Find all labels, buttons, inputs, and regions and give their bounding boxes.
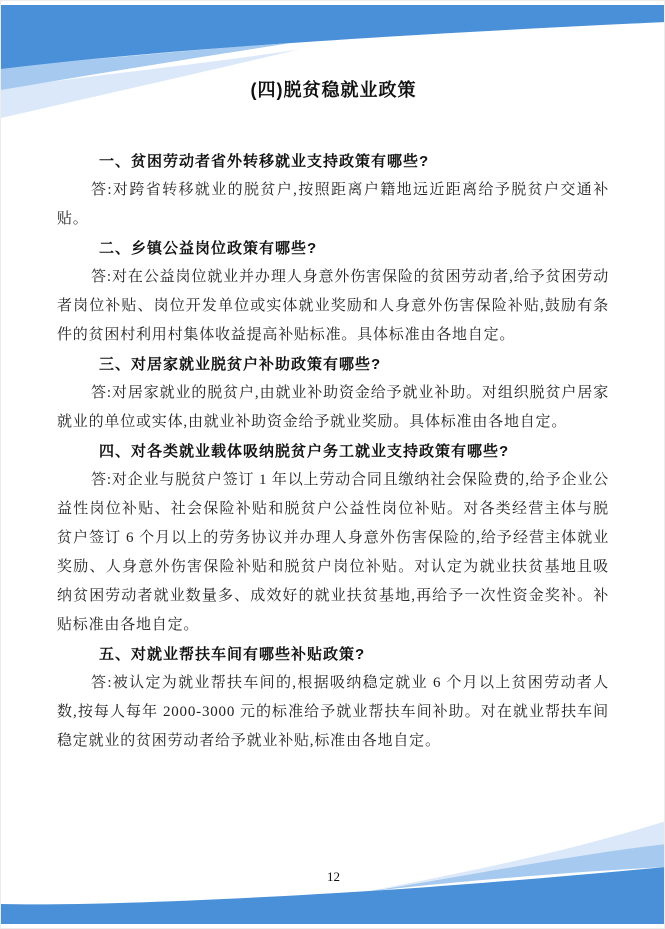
page-title: (四)脱贫稳就业政策 [1,76,665,102]
qa-section: 四、对各类就业载体吸纳脱贫户务工就业支持政策有哪些? 答:对企业与脱贫户签订 1… [57,437,609,640]
answer-paragraph: 答:对跨省转移就业的脱贫户,按照距离户籍地远近距离给予脱贫户交通补贴。 [57,176,609,234]
qa-section: 五、对就业帮扶车间有哪些补贴政策? 答:被认定为就业帮扶车间的,根据吸纳稳定就业… [57,640,609,756]
question-heading: 一、贫困劳动者省外转移就业支持政策有哪些? [57,147,609,176]
question-heading: 二、乡镇公益岗位政策有哪些? [57,234,609,263]
answer-paragraph: 答:被认定为就业帮扶车间的,根据吸纳稳定就业 6 个月以上贫困劳动者人数,按每人… [57,669,609,756]
answer-paragraph: 答:对企业与脱贫户签订 1 年以上劳动合同且缴纳社会保险费的,给予企业公益性岗位… [57,466,609,640]
question-heading: 三、对居家就业脱贫户补助政策有哪些? [57,350,609,379]
answer-paragraph: 答:对在公益岗位就业并办理人身意外伤害保险的贫困劳动者,给予贫困劳动者岗位补贴、… [57,263,609,350]
question-heading: 五、对就业帮扶车间有哪些补贴政策? [57,640,609,669]
header-wave-decoration [1,1,665,126]
qa-section: 三、对居家就业脱贫户补助政策有哪些? 答:对居家就业的脱贫户,由就业补助资金给予… [57,350,609,437]
qa-section: 一、贫困劳动者省外转移就业支持政策有哪些? 答:对跨省转移就业的脱贫户,按照距离… [57,147,609,234]
page-number: 12 [1,869,665,885]
document-page: (四)脱贫稳就业政策 一、贫困劳动者省外转移就业支持政策有哪些? 答:对跨省转移… [0,0,665,929]
answer-paragraph: 答:对居家就业的脱贫户,由就业补助资金给予就业补助。对组织脱贫户居家就业的单位或… [57,379,609,437]
qa-section: 二、乡镇公益岗位政策有哪些? 答:对在公益岗位就业并办理人身意外伤害保险的贫困劳… [57,234,609,350]
question-heading: 四、对各类就业载体吸纳脱贫户务工就业支持政策有哪些? [57,437,609,466]
content-area: 一、贫困劳动者省外转移就业支持政策有哪些? 答:对跨省转移就业的脱贫户,按照距离… [57,147,609,756]
